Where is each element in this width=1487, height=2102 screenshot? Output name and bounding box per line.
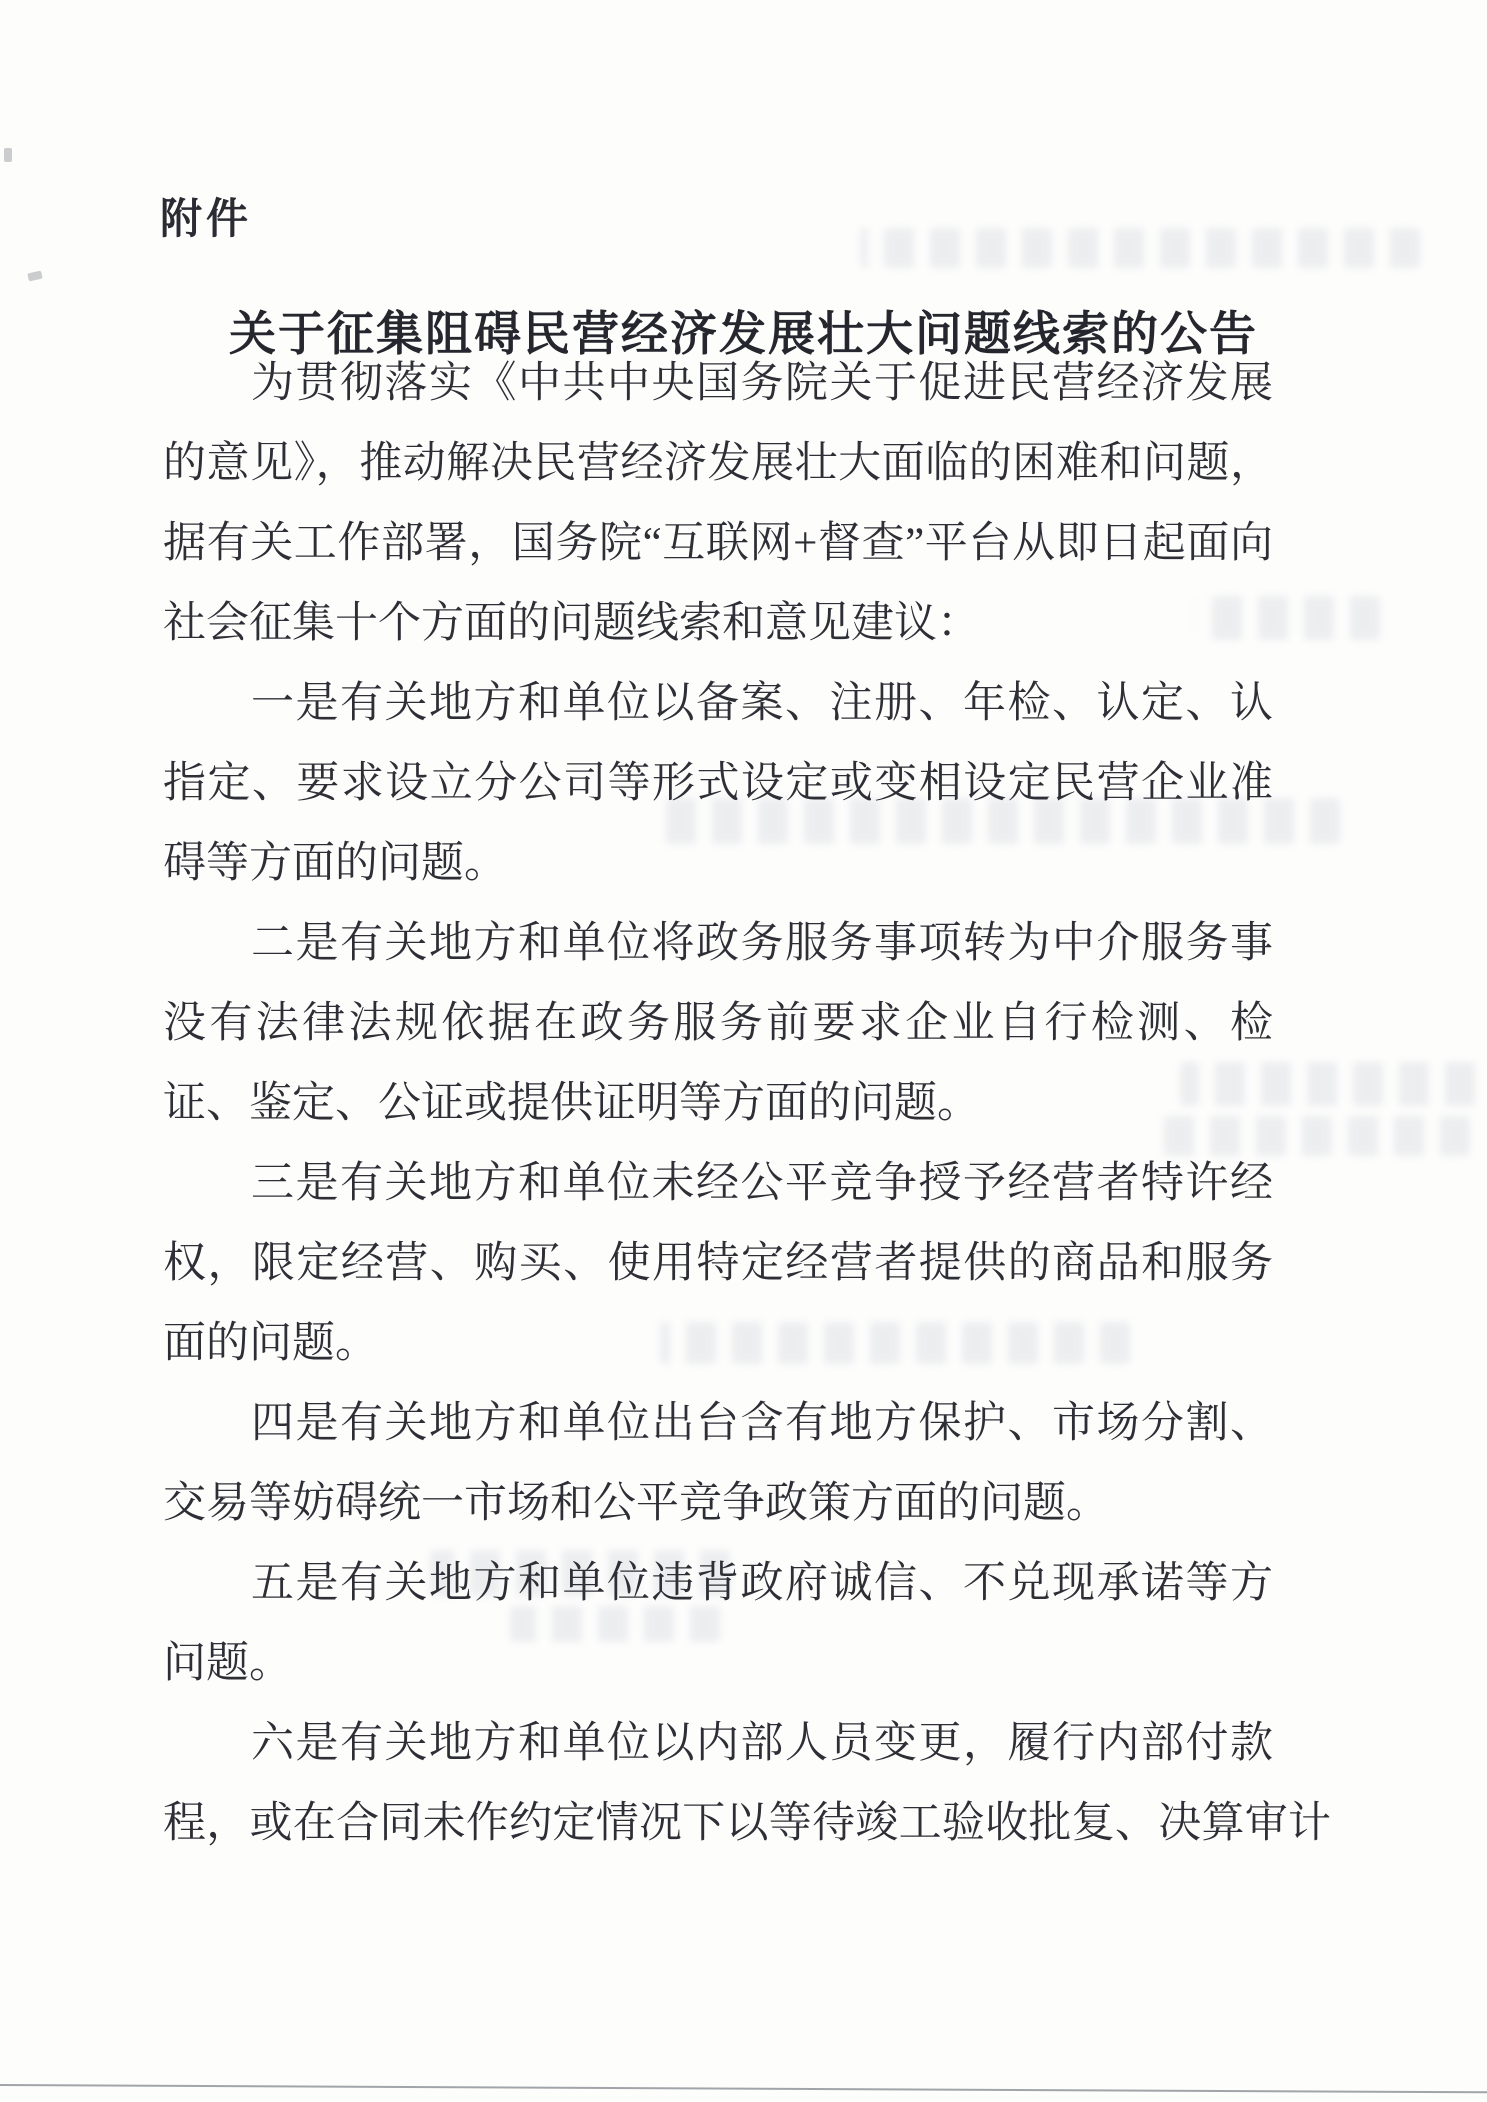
body-line: 权，限定经营、购买、使用特定经营者提供的商品和服务等方 (163, 1224, 1273, 1304)
bleedthrough-artifact (860, 228, 1420, 268)
body-line: 的意见》，推动解决民营经济发展壮大面临的困难和问题，根 (163, 424, 1273, 504)
document-body: 为贯彻落实《中共中央国务院关于促进民营经济发展壮大 的意见》，推动解决民营经济发… (163, 344, 1273, 1864)
body-line: 社会征集十个方面的问题线索和意见建议： (163, 584, 1273, 664)
paragraph-item-1: 一是有关地方和单位以备案、注册、年检、认定、认证、 指定、要求设立分公司等形式设… (163, 664, 1273, 904)
paragraph-item-6: 六是有关地方和单位以内部人员变更，履行内部付款流 程，或在合同未作约定情况下以等… (163, 1704, 1273, 1864)
body-line: 据有关工作部署，国务院“互联网+督查”平台从即日起面向 (163, 504, 1273, 584)
scan-speck (27, 271, 42, 282)
body-line: 没有法律法规依据在政务服务前要求企业自行检测、检验、认 (163, 984, 1273, 1064)
scanned-document-page: 附件 关于征集阻碍民营经济发展壮大问题线索的公告 为贯彻落实《中共中央国务院关于… (0, 0, 1487, 2102)
paragraph-item-2: 二是有关地方和单位将政务服务事项转为中介服务事项， 没有法律法规依据在政务服务前… (163, 904, 1273, 1144)
body-line: 交易等妨碍统一市场和公平竞争政策方面的问题。 (163, 1464, 1273, 1544)
attachment-label: 附件 (160, 186, 252, 246)
body-line: 问题。 (163, 1624, 1273, 1704)
body-line: 五是有关地方和单位违背政府诚信、不兑现承诺等方面的 (163, 1544, 1273, 1624)
body-line: 四是有关地方和单位出台含有地方保护、市场分割、指定 (163, 1384, 1273, 1464)
scanner-edge-line (0, 2084, 1487, 2093)
body-line: 碍等方面的问题。 (163, 824, 1273, 904)
scan-speck (4, 148, 12, 162)
body-line: 六是有关地方和单位以内部人员变更，履行内部付款流 (163, 1704, 1273, 1784)
body-line: 证、鉴定、公证或提供证明等方面的问题。 (163, 1064, 1273, 1144)
paragraph-item-4: 四是有关地方和单位出台含有地方保护、市场分割、指定 交易等妨碍统一市场和公平竞争… (163, 1384, 1273, 1544)
body-line: 指定、要求设立分公司等形式设定或变相设定民营企业准入障 (163, 744, 1273, 824)
body-line: 面的问题。 (163, 1304, 1273, 1384)
body-line: 三是有关地方和单位未经公平竞争授予经营者特许经营 (163, 1144, 1273, 1224)
body-line: 为贯彻落实《中共中央国务院关于促进民营经济发展壮大 (163, 344, 1273, 424)
body-line: 一是有关地方和单位以备案、注册、年检、认定、认证、 (163, 664, 1273, 744)
paragraph-item-5: 五是有关地方和单位违背政府诚信、不兑现承诺等方面的 问题。 (163, 1544, 1273, 1704)
paragraph-intro: 为贯彻落实《中共中央国务院关于促进民营经济发展壮大 的意见》，推动解决民营经济发… (163, 344, 1273, 664)
body-line: 程，或在合同未作约定情况下以等待竣工验收批复、决算审计 (163, 1784, 1331, 1864)
paragraph-item-3: 三是有关地方和单位未经公平竞争授予经营者特许经营 权，限定经营、购买、使用特定经… (163, 1144, 1273, 1384)
body-line: 二是有关地方和单位将政务服务事项转为中介服务事项， (163, 904, 1273, 984)
